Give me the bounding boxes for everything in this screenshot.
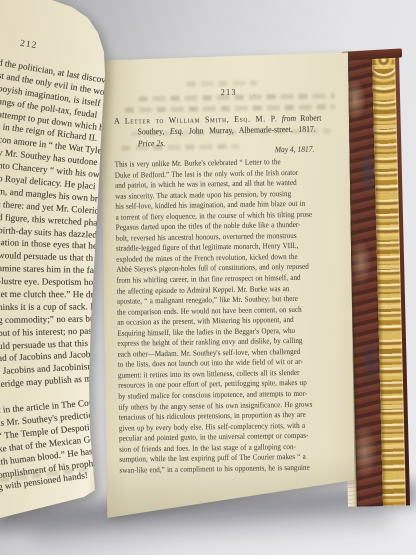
book-photo-scene: 213 A Letter to William Smith, Esq. M. P… [0, 0, 416, 555]
heading-title-smallcaps: A Letter to William Smith, Esq. M. P. [114, 113, 278, 126]
review-paragraph: This is very unlike Mr. Burke's celebrat… [115, 156, 350, 476]
showthrough-line [125, 104, 335, 112]
right-page-text-column: 213 A Letter to William Smith, Esq. M. P… [113, 52, 343, 56]
heading-author-start: Robert [300, 113, 321, 123]
heading-from-italic: from [282, 113, 296, 123]
right-page: 213 A Letter to William Smith, Esq. M. P… [100, 52, 355, 518]
left-page: 212 d the politician, at last discoveres… [0, 0, 106, 522]
left-page-number: 212 [19, 39, 38, 51]
heading-author-end: Southey, [138, 126, 165, 136]
heading-esq-italic: Esq. [170, 126, 184, 136]
heading-publisher: John Murray, Albemarle-street. 1817. [189, 124, 316, 136]
